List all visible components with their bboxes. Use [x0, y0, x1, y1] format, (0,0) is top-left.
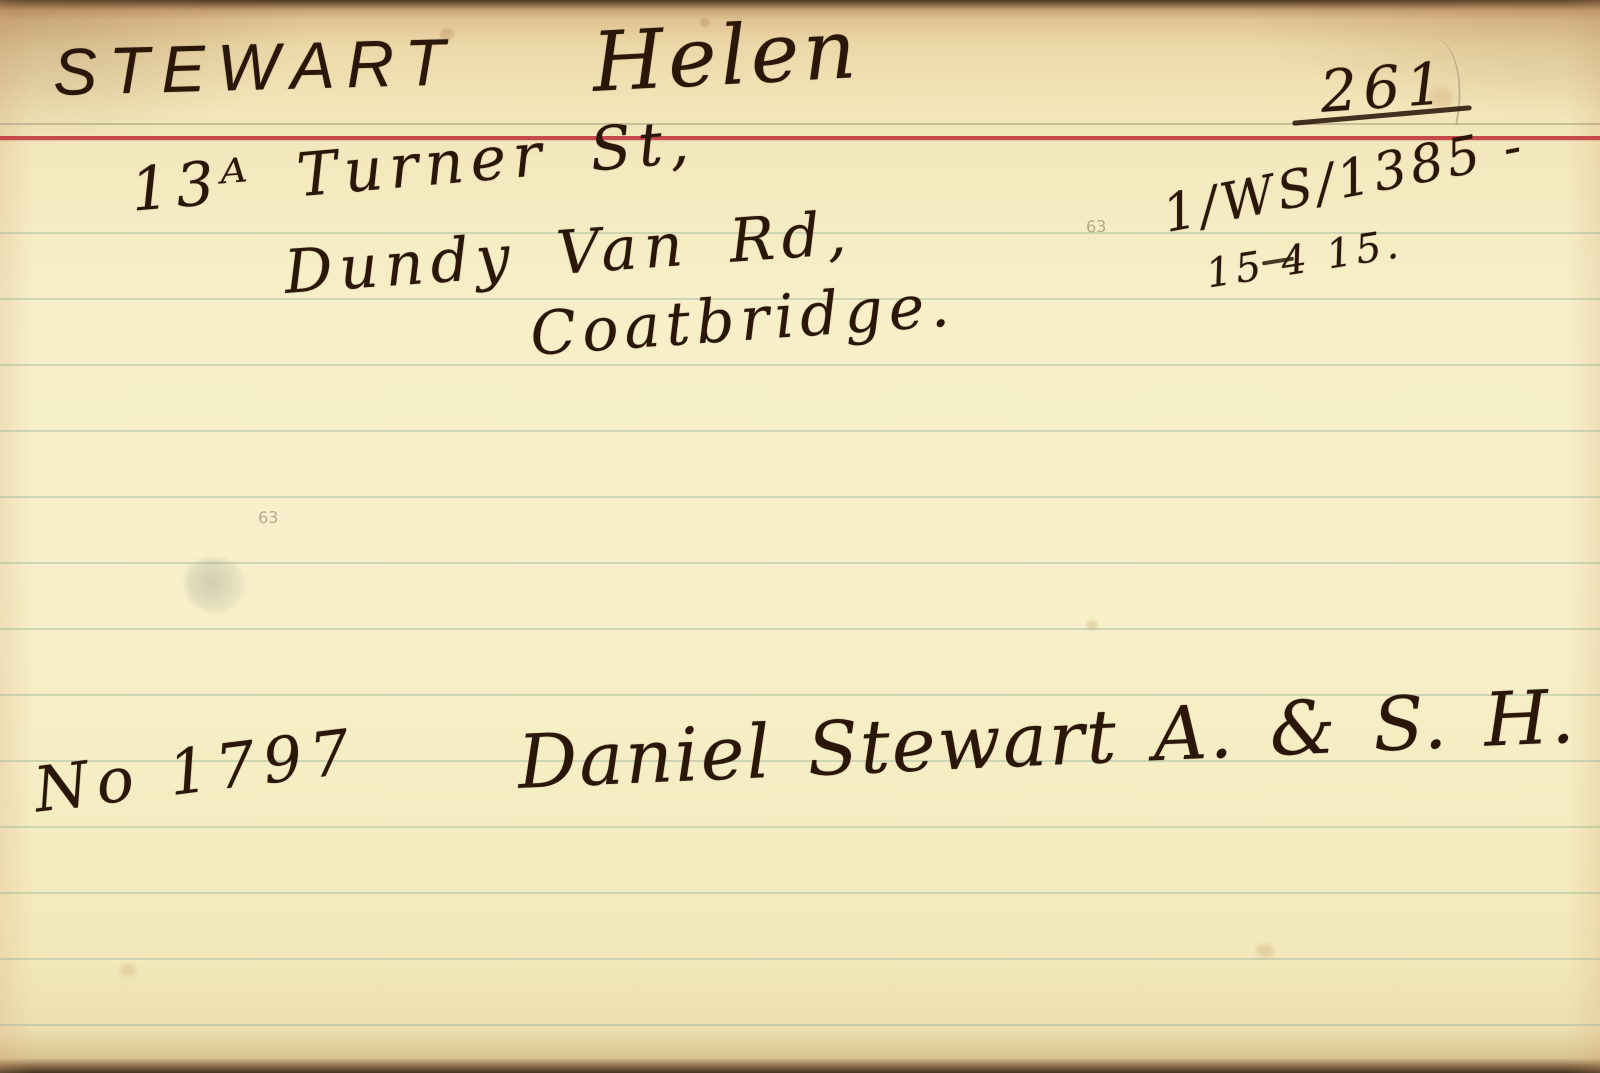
- index-card: STEWART Helen 261 13ᴬ Turner St, Dundy V…: [0, 0, 1600, 1073]
- surname-text: STEWART: [52, 23, 458, 110]
- ruled-lines: [0, 232, 1600, 1032]
- faint-mark: 63: [1086, 217, 1107, 237]
- faint-mark: 63: [258, 508, 279, 528]
- forename-text: Helen: [590, 2, 862, 111]
- smudge-mark: [185, 558, 243, 612]
- red-rule-line: [0, 136, 1600, 140]
- header-hairline: [0, 123, 1600, 125]
